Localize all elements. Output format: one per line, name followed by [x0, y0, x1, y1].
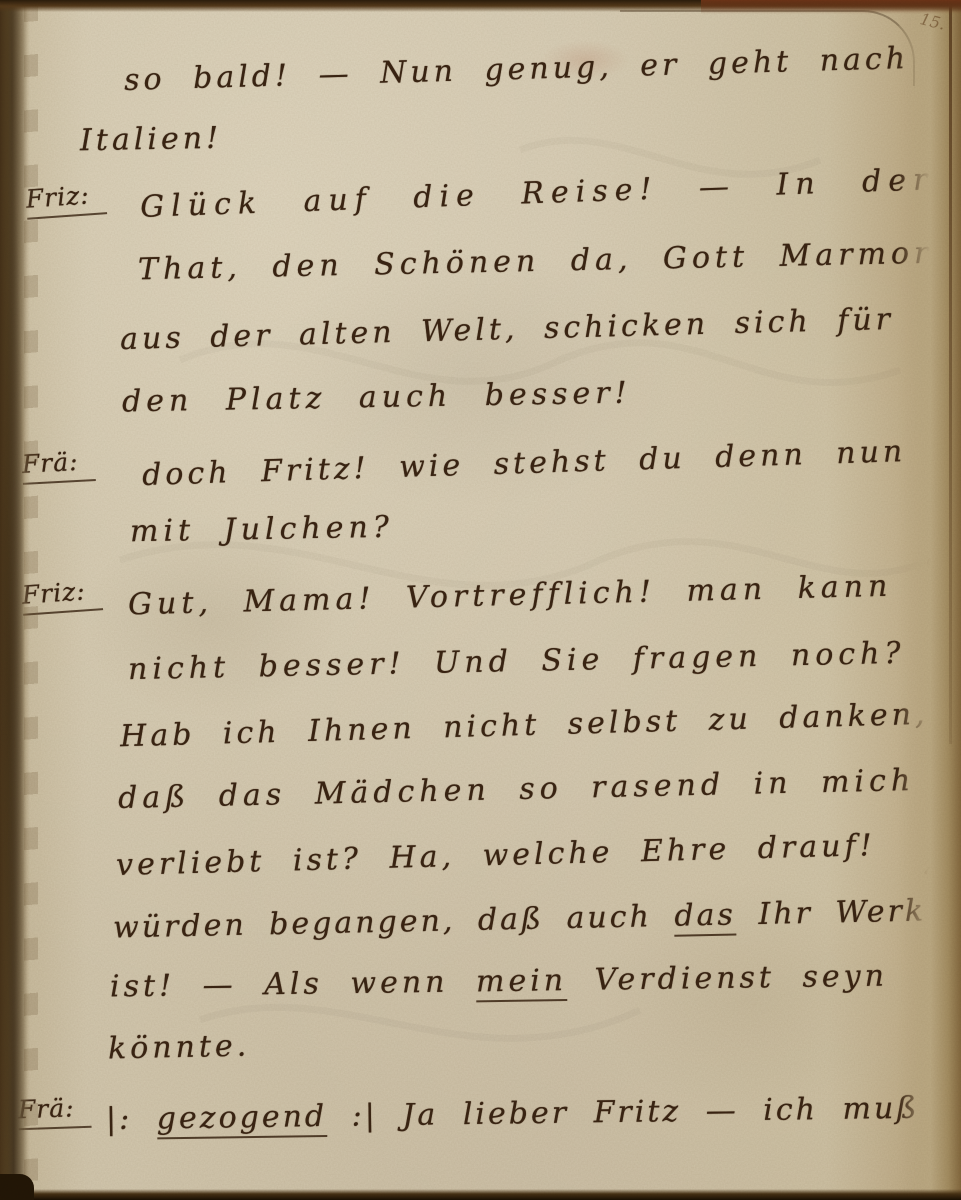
line-segment: würden begangen, daß auch [113, 899, 675, 946]
manuscript-line: verliebt ist? Ha, welche Ehre drauf! [116, 828, 876, 883]
manuscript-line: doch Fritz! wie stehst du denn nun [142, 434, 907, 493]
manuscript-line: That, den Schönen da, Gott Marmor [138, 236, 934, 288]
underlined-word: das [674, 897, 736, 936]
line-segment: Verdienst seyn [567, 959, 888, 998]
book-edge-bottom [0, 1189, 961, 1200]
manuscript-line: Gut, Mama! Vortrefflich! man kann [128, 569, 893, 623]
torn-paper-edge [24, 0, 38, 1200]
manuscript-line: würden begangen, daß auch das Ihr Werk [113, 893, 927, 945]
underlined-word: gezogend [157, 1099, 328, 1139]
manuscript-page: Friz: Frä: Friz: Frä: so bald! — Nun gen… [0, 0, 961, 1200]
line-segment: ist! — Als wenn [110, 964, 476, 1004]
manuscript-line: Hab ich Ihnen nicht selbst zu danken, [120, 697, 929, 755]
book-corner-bottom-left [0, 1174, 34, 1200]
line-segment: |: [106, 1101, 157, 1137]
manuscript-line: Italien! [80, 121, 223, 158]
manuscript-line: den Platz auch besser! [122, 376, 632, 420]
manuscript-line: Glück auf die Reise! — In der [140, 162, 935, 225]
manuscript-line: nicht besser! Und Sie fragen noch? [128, 636, 906, 687]
line-segment: :| Ja lieber Fritz — ich muß — [327, 1090, 961, 1134]
manuscript-line: ist! — Als wenn mein Verdienst seyn [110, 959, 888, 1005]
manuscript-line: |: gezogend :| Ja lieber Fritz — ich muß… [106, 1090, 961, 1137]
page-edge-line [949, 0, 952, 744]
manuscript-line: mit Julchen? [130, 510, 394, 550]
manuscript-line: aus der alten Welt, schicken sich für [120, 302, 895, 357]
manuscript-line: daß das Mädchen so rasend in mich [118, 763, 916, 816]
manuscript-line: könnte. [108, 1029, 251, 1067]
page-corner-crease [620, 10, 915, 86]
underlined-word: mein [476, 963, 568, 1002]
